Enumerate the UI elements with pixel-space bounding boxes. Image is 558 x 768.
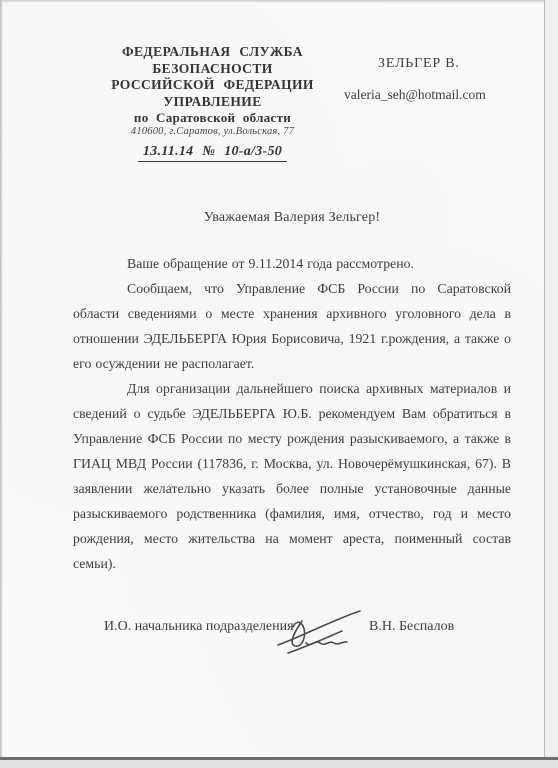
scan-edge-top: [0, 0, 558, 3]
body-paragraph: Для организации дальнейшего поиска архив…: [73, 376, 511, 576]
org-name-line: УПРАВЛЕНИЕ: [85, 94, 340, 111]
scan-edge-left: [0, 0, 3, 768]
body-paragraph: Ваше обращение от 9.11.2014 года рассмот…: [73, 251, 511, 276]
scan-edge-right: [544, 0, 558, 757]
body-paragraph: Сообщаем, что Управление ФСБ России по С…: [73, 276, 511, 376]
org-name-line: ФЕДЕРАЛЬНАЯ СЛУЖБА: [85, 44, 340, 61]
org-address-line: 410600, г.Саратов, ул.Вольская, 77: [85, 125, 340, 138]
org-name-line: РОССИЙСКОЙ ФЕДЕРАЦИИ: [85, 77, 340, 94]
scanned-letter-page: ФЕДЕРАЛЬНАЯ СЛУЖБА БЕЗОПАСНОСТИ РОССИЙСК…: [0, 0, 558, 768]
letterhead: ФЕДЕРАЛЬНАЯ СЛУЖБА БЕЗОПАСНОСТИ РОССИЙСК…: [85, 44, 340, 162]
reference-number-line: 13.11.14 № 10-а/3-50: [138, 144, 287, 162]
addressee-name: ЗЕЛЬГЕР В.: [378, 56, 460, 72]
letter-body: Уважаемая Валерия Зельгер! Ваше обращени…: [73, 209, 511, 576]
handwritten-signature: [266, 600, 370, 660]
signer-name: В.Н. Беспалов: [369, 619, 454, 635]
salutation: Уважаемая Валерия Зельгер!: [73, 209, 511, 227]
org-name-line: БЕЗОПАСНОСТИ: [85, 61, 340, 78]
addressee-email: valeria_seh@hotmail.com: [344, 87, 486, 103]
scan-edge-bottom-band: [0, 760, 558, 768]
org-region-line: по Саратовской области: [85, 110, 340, 125]
